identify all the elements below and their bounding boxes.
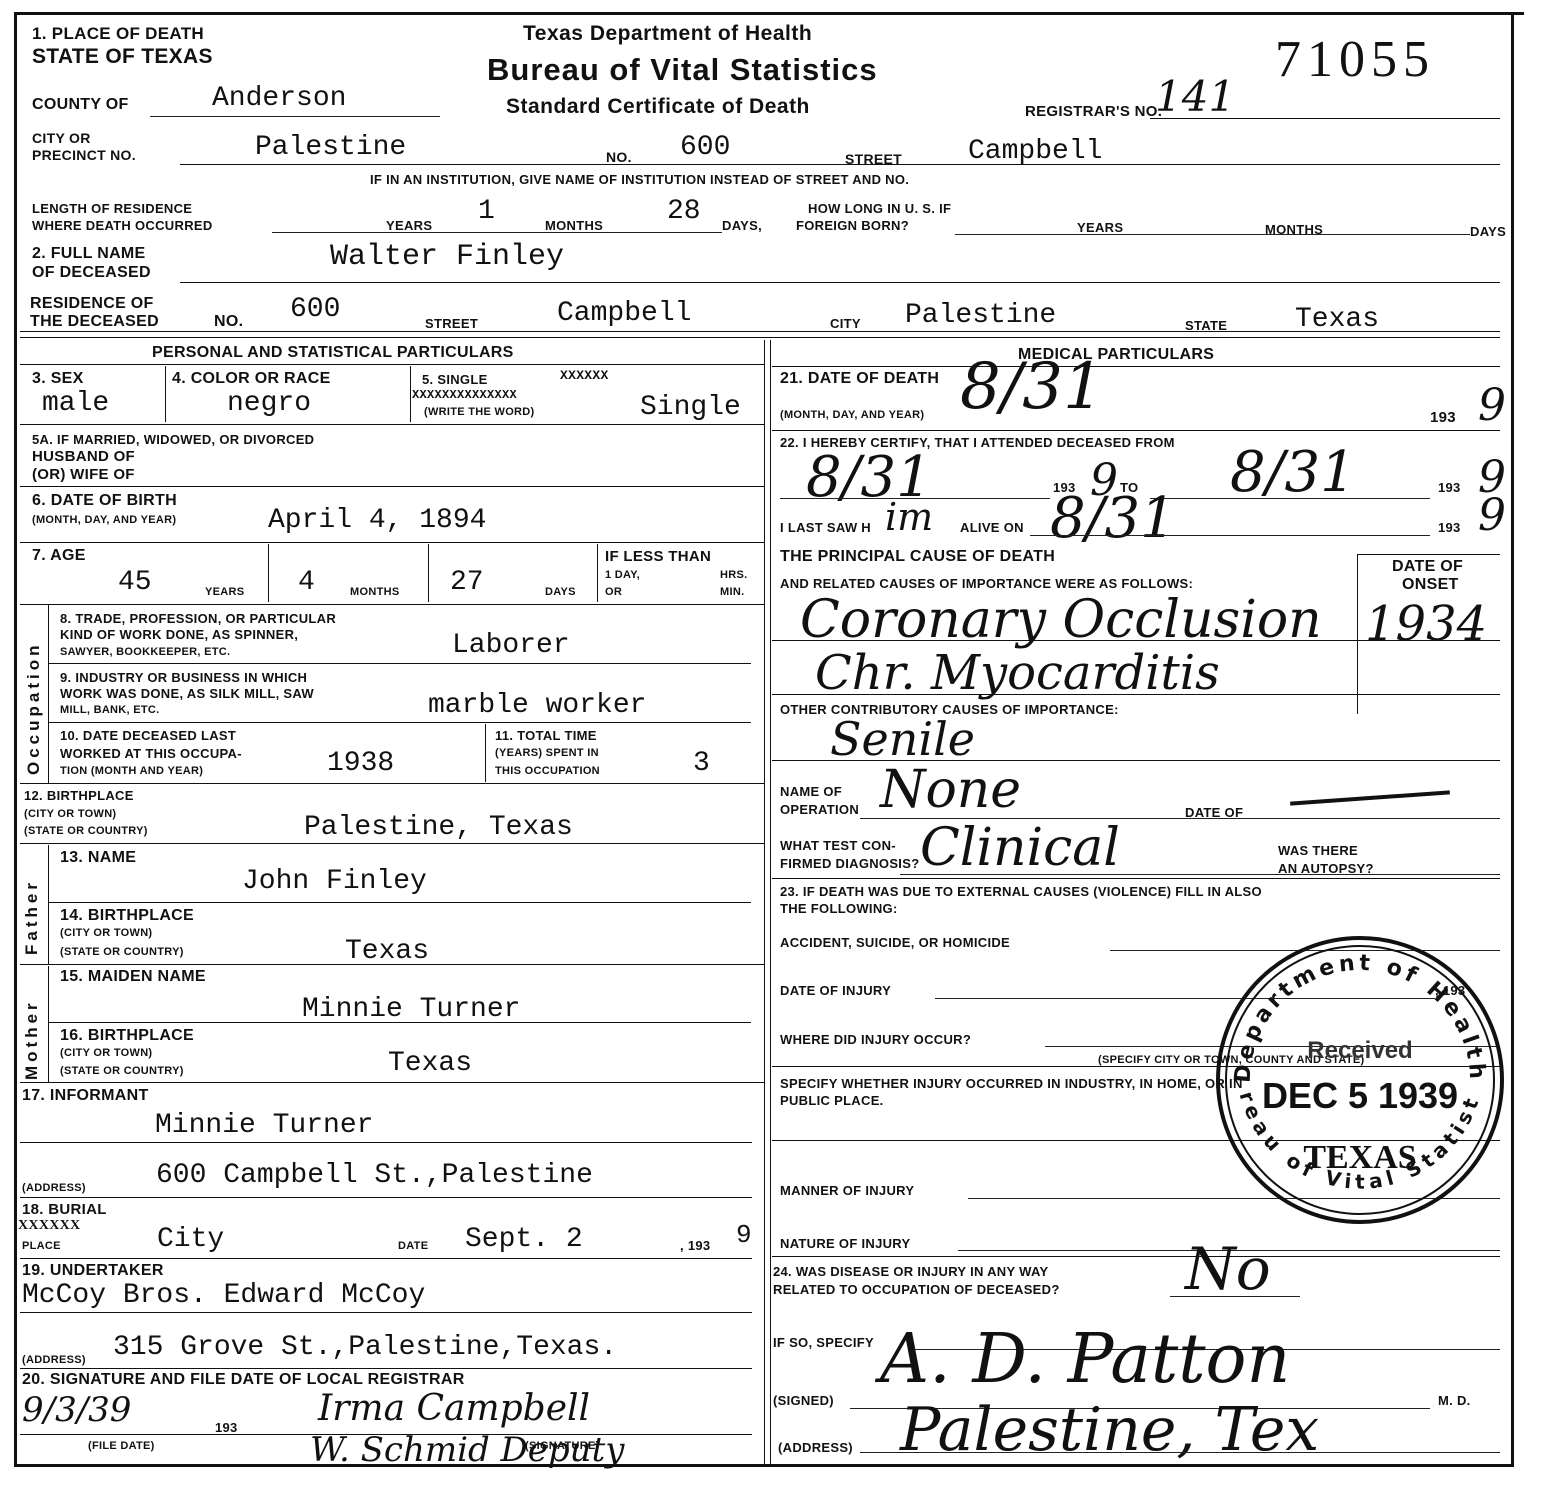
cause-label-1: The principal cause of death (780, 548, 1055, 566)
informant-label: 17. Informant (22, 1087, 149, 1105)
industry-injury-label-1: Specify whether injury occurred in indus… (780, 1076, 1243, 1091)
city-label-1: City or (32, 130, 91, 146)
mother-bp-label-3: (State or country) (60, 1065, 184, 1077)
registrar-number: 141 (1155, 72, 1235, 121)
last-saw-year-prefix: 193 (1438, 520, 1461, 535)
industry-label-3: mill, bank, etc. (60, 704, 160, 716)
race-value: negro (227, 388, 311, 419)
lt-min: min. (720, 586, 744, 598)
residence-label-1: Residence of (30, 295, 154, 313)
street-no-value: 600 (680, 132, 730, 163)
personal-section-title: Personal and Statistical Particulars (152, 344, 514, 362)
age-years-value: 45 (118, 567, 152, 598)
res-street-value: Campbell (557, 298, 691, 329)
marital-struck-1: XXXXXX (560, 368, 609, 383)
svg-text:TEXAS: TEXAS (1303, 1139, 1416, 1176)
marital-label: 5. Single (422, 372, 488, 387)
residence-label-2: the Deceased (30, 313, 159, 331)
test-bottom-line (772, 878, 1500, 879)
street-value: Campbell (968, 136, 1102, 167)
cause-2-value: Chr. Myocarditis (815, 645, 1220, 701)
age-divider-2 (428, 544, 429, 602)
registrar-file-date: 9/3/39 (22, 1390, 131, 1430)
spouse-label-3: (or) Wife of (32, 466, 135, 483)
full-name-value: Walter Finley (330, 240, 564, 274)
res-street-label: Street (425, 316, 478, 331)
form-title: Standard Certificate of Death (506, 95, 810, 119)
father-bp-label-1: 14. Birthplace (60, 907, 194, 925)
attended-to-line (1150, 498, 1430, 499)
occupation-side-divider (48, 605, 49, 783)
undertaker-address-label: (Address) (22, 1354, 86, 1366)
svg-text:Received: Received (1307, 1037, 1412, 1064)
row13-line (48, 902, 751, 903)
file-date-label: (File date) (88, 1440, 155, 1452)
foreign-label-1: How long in U. S. if (808, 201, 951, 216)
dod-label-1: 21. Date of Death (780, 370, 939, 388)
burial-place-value: City (157, 1224, 224, 1255)
onset-top-line (1357, 554, 1500, 555)
dod-year-suffix: 9 (1478, 380, 1506, 431)
full-name-label-1: 2. Full Name (32, 245, 146, 263)
res-city-label: City (830, 316, 861, 331)
test-value: Clinical (920, 818, 1120, 878)
city-label-2: Precinct No. (32, 147, 136, 163)
state-label: State of Texas (32, 45, 213, 69)
physician-address-label: (Address) (778, 1440, 853, 1455)
full-name-label-2: of Deceased (32, 264, 151, 282)
occ-related-answer: No (1185, 1235, 1271, 1303)
cause-2-line (772, 694, 1500, 695)
section-line (20, 337, 1500, 338)
occ-divider (485, 724, 486, 782)
last-worked-label-3: tion (month and year) (60, 765, 203, 777)
sex-value: male (42, 388, 109, 419)
foreign-years-label: Years (1077, 220, 1123, 235)
deputy-signature: W. Schmid Deputy (310, 1430, 624, 1470)
cause-1-line (772, 640, 1500, 641)
spouse-label-2: Husband of (32, 448, 135, 465)
industry-label-2: work was done, as silk mill, saw (60, 686, 314, 701)
onset-label-1: Date of (1392, 558, 1463, 576)
father-name-value: John Finley (242, 866, 427, 897)
industry-label-1: 9. Industry or business in which (60, 670, 307, 685)
age-months-label: Months (350, 586, 399, 598)
other-cause-value: Senile (830, 712, 975, 766)
attended-to-year-prefix: 193 (1438, 480, 1461, 495)
where-injury-label: Where did injury occur? (780, 1032, 971, 1047)
marital-struck-2: XXXXXXXXXXXXXX (412, 388, 517, 402)
medical-title-line (772, 366, 1500, 367)
physician-address-line (860, 1452, 1500, 1453)
undertaker-address-line (20, 1368, 752, 1369)
nature-line-2 (772, 1256, 1500, 1257)
father-name-label: 13. Name (60, 849, 136, 867)
attended-to-value: 8/31 (1230, 440, 1356, 505)
manner-label: Manner of injury (780, 1183, 914, 1198)
row7-line (20, 604, 764, 605)
dob-label-2: (Month, day, and year) (32, 514, 176, 526)
burial-label-2: XXXXXX (18, 1218, 80, 1234)
occ-related-label-2: related to occupation of deceased? (773, 1282, 1060, 1297)
res-no-label: No. (214, 313, 243, 331)
last-worked-label-2: worked at this occupa- (60, 746, 242, 761)
marital-hint: (Write the word) (424, 406, 535, 418)
foreign-label-2: foreign born? (796, 218, 909, 233)
marital-value: Single (640, 392, 741, 423)
signed-label: (Signed) (773, 1393, 834, 1408)
burial-label-1: 18. Burial (22, 1201, 107, 1218)
frame-left (14, 12, 17, 1464)
burial-line (20, 1258, 752, 1259)
residence-line (20, 331, 1500, 332)
father-side-divider (48, 845, 49, 965)
industry-injury-label-2: public place. (780, 1093, 884, 1108)
cause-label-2: and related causes of importance were as… (780, 576, 1193, 591)
mother-name-label: 15. Maiden Name (60, 968, 206, 986)
lt-label-3: or (605, 586, 622, 598)
center-divider-b (770, 340, 771, 1464)
frame-right (1511, 12, 1514, 1464)
undertaker-address-value: 315 Grove St.,Palestine,Texas. (113, 1332, 617, 1363)
lt-label-2: 1 day, (605, 569, 640, 581)
birthplace-value: Palestine, Texas (304, 812, 573, 843)
onset-divider (1357, 554, 1358, 714)
mother-bp-label-2: (City or town) (60, 1047, 152, 1059)
stamp-seal-icon: Department of Health Bureau of Vital Sta… (1210, 930, 1510, 1230)
mother-bp-label-1: 16. Birthplace (60, 1027, 194, 1045)
lt-hrs: hrs. (720, 569, 747, 581)
total-label-1: 11. Total time (495, 728, 597, 743)
row16-line (20, 1082, 764, 1083)
res-length-line (272, 232, 722, 233)
registrar-signature: Irma Campbell (318, 1388, 590, 1429)
date-injury-label: Date of injury (780, 983, 891, 998)
cause-1-value: Coronary Occlusion (800, 590, 1322, 650)
test-label-2: firmed diagnosis? (780, 856, 919, 871)
lt-label-1: If less than (605, 548, 711, 565)
last-saw-label: I last saw h (780, 520, 871, 535)
row10-line (20, 783, 764, 784)
occupation-side-label: Occupation (24, 641, 44, 775)
residence-length-label-2: where death occurred (32, 218, 213, 233)
external-label-1: 23. If death was due to external causes … (780, 884, 1262, 899)
row14-line (20, 964, 764, 965)
test-line (900, 874, 1500, 875)
dod-value: 8/31 (960, 350, 1104, 424)
father-side-label: Father (22, 879, 42, 955)
industry-value: marble worker (428, 690, 646, 721)
county-value: Anderson (212, 83, 346, 114)
test-label-1: What test con- (780, 838, 896, 853)
res-no-value: 600 (290, 294, 340, 325)
informant-address-value: 600 Campbell St.,Palestine (156, 1160, 593, 1191)
spouse-label-1: 5a. If Married, Widowed, or Divorced (32, 432, 314, 447)
frame-top (14, 12, 1524, 15)
dob-value: April 4, 1894 (268, 505, 486, 536)
res-months-value: 1 (478, 196, 495, 227)
res-city-value: Palestine (905, 300, 1056, 331)
sex-label: 3. Sex (32, 370, 84, 388)
accident-label: Accident, suicide, or homicide (780, 935, 1010, 950)
bureau-title: Bureau of Vital Statistics (487, 52, 878, 88)
last-saw-year: 9 (1478, 490, 1506, 541)
row8-line (48, 663, 751, 664)
race-label: 4. Color or Race (172, 370, 331, 388)
mother-bp-value: Texas (388, 1048, 472, 1079)
trade-value: Laborer (452, 630, 570, 661)
personal-title-line (20, 364, 764, 365)
residence-length-label-1: Length of Residence (32, 201, 192, 216)
burial-year-suffix: 9 (736, 1220, 752, 1250)
cause-1-onset: 1934 (1365, 596, 1487, 652)
svg-text:DEC 5 1939: DEC 5 1939 (1262, 1075, 1458, 1116)
sex-divider (165, 366, 166, 422)
last-worked-value: 1938 (327, 748, 394, 779)
father-bp-value: Texas (345, 936, 429, 967)
row3-line (20, 424, 764, 425)
dept-title: Texas Department of Health (523, 22, 812, 46)
last-saw-line (1030, 535, 1430, 536)
age-months-value: 4 (298, 567, 315, 598)
res-months-label: Months (545, 218, 603, 233)
undertaker-name-value: McCoy Bros. Edward McCoy (22, 1280, 425, 1311)
onset-label-2: onset (1402, 576, 1459, 594)
total-label-3: this occupation (495, 765, 600, 777)
res-days-value: 28 (667, 196, 701, 227)
last-worked-label-1: 10. Date deceased last (60, 728, 236, 743)
county-line (150, 116, 440, 117)
age-years-label: Years (205, 586, 244, 598)
burial-date-value: Sept. 2 (465, 1224, 583, 1255)
trade-label-2: kind of work done, as spinner, (60, 627, 298, 642)
registrar-year-prefix: 193 (215, 1420, 238, 1435)
race-divider (410, 366, 411, 422)
undertaker-line (20, 1312, 752, 1313)
certificate-number: 71055 (1275, 30, 1435, 89)
row12-line (20, 843, 764, 844)
city-value: Palestine (255, 132, 406, 163)
row6-line (20, 542, 764, 543)
dod-label-2: (Month, day, and year) (780, 409, 924, 421)
total-label-2: (years) spent in (495, 747, 599, 759)
physician-signature: A. D. Patton (880, 1320, 1290, 1399)
institution-note: If in an institution, give name of insti… (370, 172, 909, 187)
dob-label-1: 6. Date of Birth (32, 492, 177, 510)
trade-label-3: sawyer, bookkeeper, etc. (60, 646, 230, 658)
last-saw-pronoun: im (885, 495, 933, 539)
father-bp-label-2: (City or town) (60, 927, 152, 939)
op-date-dash (1290, 790, 1450, 805)
physician-address: Palestine, Tex (900, 1395, 1319, 1465)
registrar-label: Registrar's No. (1025, 103, 1162, 120)
burial-year-prefix: , 193 (680, 1238, 710, 1253)
dod-year-prefix: 193 (1430, 409, 1456, 426)
res-days-label: Days, (722, 218, 762, 233)
registrar-sig-label: 20. Signature and file date of local reg… (22, 1371, 465, 1389)
age-label: 7. Age (32, 547, 86, 565)
row5a-line (20, 486, 764, 487)
mother-name-value: Minnie Turner (302, 994, 520, 1025)
registrar-line (1150, 118, 1500, 119)
external-label-2: the following: (780, 901, 898, 916)
alive-on-label: alive on (960, 520, 1024, 535)
age-divider-1 (268, 544, 269, 602)
if-so-label: If so, specify (773, 1335, 874, 1350)
informant-address-label: (Address) (22, 1182, 86, 1194)
last-saw-date: 8/31 (1050, 486, 1176, 551)
center-divider-a (764, 340, 765, 1464)
row9-line (48, 722, 751, 723)
operation-label-2: operation (780, 802, 859, 817)
operation-value: None (880, 760, 1021, 820)
county-label: County of (32, 96, 129, 114)
undertaker-label: 19. Undertaker (22, 1262, 164, 1280)
operation-label-1: Name of (780, 784, 842, 799)
birthplace-label-3: (State or country) (24, 825, 148, 837)
mother-side-divider (48, 966, 49, 1082)
burial-place-label: Place (22, 1240, 61, 1252)
row15-line (48, 1022, 751, 1023)
received-stamp: Department of Health Bureau of Vital Sta… (1210, 930, 1510, 1230)
res-years-label: Years (386, 218, 432, 233)
city-line (180, 164, 1500, 165)
full-name-line (180, 282, 1500, 283)
mother-side-label: Mother (22, 999, 42, 1080)
burial-date-label: Date (398, 1240, 428, 1252)
foreign-days-label: Days (1470, 224, 1506, 239)
informant-address-line (20, 1197, 752, 1198)
father-bp-label-3: (State or country) (60, 946, 184, 958)
md-label: M. D. (1438, 1393, 1471, 1408)
occ-related-label-1: 24. Was disease or injury in any way (773, 1264, 1048, 1279)
birthplace-label-1: 12. Birthplace (24, 788, 134, 803)
foreign-line (955, 234, 1470, 235)
nature-label: Nature of injury (780, 1236, 910, 1251)
place-of-death-label: 1. Place of Death (32, 24, 204, 44)
total-value: 3 (693, 748, 710, 779)
informant-name-value: Minnie Turner (155, 1110, 373, 1141)
street-no-label: No. (606, 149, 632, 165)
autopsy-label-1: Was there (1278, 843, 1358, 858)
occ-related-line (1170, 1296, 1300, 1297)
age-days-value: 27 (450, 567, 484, 598)
informant-line (20, 1142, 752, 1143)
age-divider-3 (597, 544, 598, 602)
age-days-label: Days (545, 586, 576, 598)
birthplace-label-2: (City or town) (24, 808, 116, 820)
dod-line (772, 430, 1500, 431)
trade-label-1: 8. Trade, profession, or particular (60, 611, 336, 626)
